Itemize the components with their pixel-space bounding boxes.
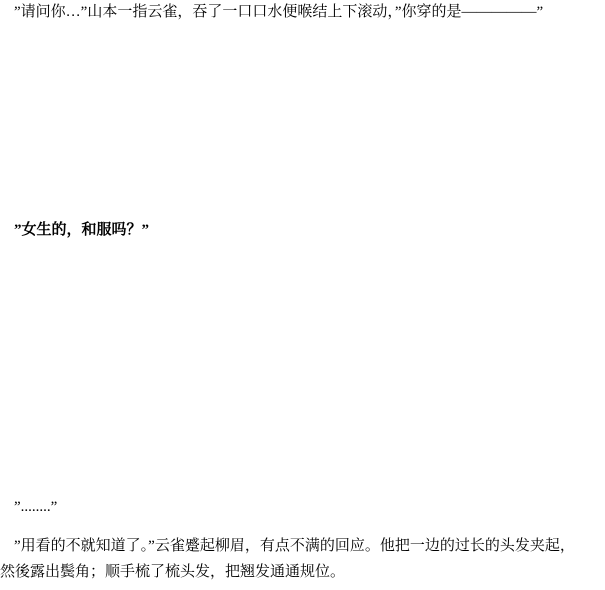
paragraph-ellipsis: ”........” [0,498,605,517]
paragraph-dialogue-3: ”用看的不就知道了。”云雀蹙起柳眉，有点不满的回应。他把一边的过长的头发夹起， … [0,533,605,585]
paragraph-dialogue-3-line-2: 然後露出鬓角；顺手梳了梳头发，把翘发通通规位。 [0,559,605,585]
paragraph-dialogue-2: ”女生的，和服吗？” [0,221,605,240]
paragraph-dialogue-3-line-1: ”用看的不就知道了。”云雀蹙起柳眉，有点不满的回应。他把一边的过长的头发夹起， [0,533,605,559]
paragraph-dialogue-1: ”请问你…”山本一指云雀，吞了一口口水便喉结上下滚动，”你穿的是—————” [0,0,605,22]
story-page: ”请问你…”山本一指云雀，吞了一口口水便喉结上下滚动，”你穿的是—————” ”… [0,0,605,585]
